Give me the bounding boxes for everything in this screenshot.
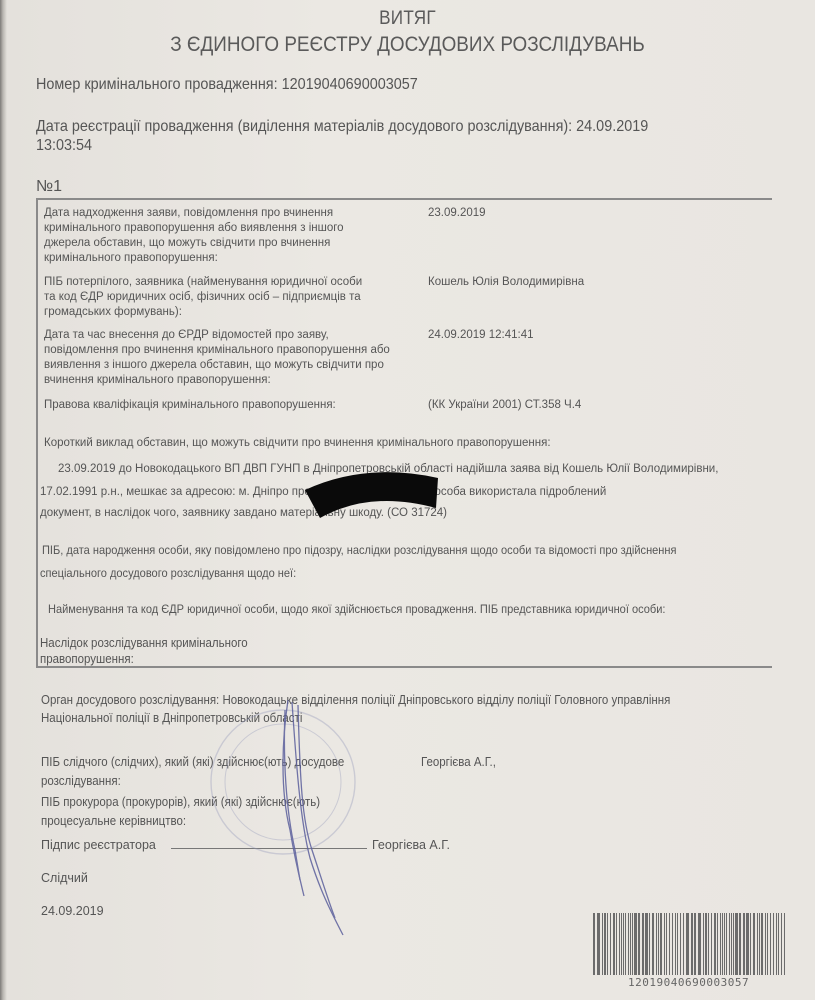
document-title: ВИТЯГ <box>41 8 775 30</box>
document-date: 24.09.2019 <box>41 904 104 919</box>
row-label-legal-qualification: Правова кваліфікація кримінального право… <box>44 398 336 413</box>
authority-line-2: Національної поліції в Дніпропетровській… <box>41 708 302 728</box>
prosecutor-label-line2: процесуальне керівництво: <box>41 811 186 831</box>
registration-date-line1: Дата реєстрації провадження (виділення м… <box>36 118 648 136</box>
signature-line <box>171 848 367 849</box>
document-subtitle: З ЄДИНОГО РЕЄСТРУ ДОСУДОВИХ РОЗСЛІДУВАНЬ <box>41 33 775 57</box>
row-label-application-date: Дата надходження заяви, повідомлення про… <box>44 206 344 266</box>
row-value-legal-qualification: (КК України 2001) СТ.358 Ч.4 <box>428 398 581 413</box>
barcode <box>591 913 791 979</box>
suspect-line-1: ПІБ, дата народження особи, яку повідомл… <box>42 538 676 562</box>
prosecutor-label-line1: ПІБ прокурора (прокурорів), який (які) з… <box>41 792 320 812</box>
row-value-victim: Кошель Юлія Володимирівна <box>428 275 584 290</box>
case-number: Номер кримінального провадження: 1201904… <box>36 76 418 94</box>
authority-line-1: Орган досудового розслідування: Новокода… <box>41 690 670 710</box>
summary-label: Короткий виклад обставин, що можуть свід… <box>44 436 551 451</box>
registrar-name: Георгієва А.Г. <box>372 838 450 853</box>
row-label-entry-datetime: Дата та час внесення до ЄРДР відомостей … <box>44 328 390 388</box>
position-label: Слідчий <box>41 871 88 886</box>
investigator-label-line1: ПІБ слідчого (слідчих), який (які) здійс… <box>41 752 344 772</box>
row-label-victim: ПІБ потерпілого, заявника (найменування … <box>44 275 362 320</box>
outcome-label: Наслідок розслідування кримінального пра… <box>40 635 248 667</box>
suspect-line-2: спеціального досудового розслідування що… <box>40 561 296 585</box>
barcode-number: 12019040690003057 <box>628 976 749 989</box>
investigator-name: Георгієва А.Г., <box>421 752 496 772</box>
legal-entity-line: Найменування та код ЄДР юридичної особи,… <box>48 597 665 621</box>
redaction-mark <box>300 470 440 520</box>
registration-date-line2: 13:03:54 <box>36 137 92 155</box>
entry-number: №1 <box>36 178 62 196</box>
row-value-entry-datetime: 24.09.2019 12:41:41 <box>428 328 534 343</box>
investigator-label-line2: розслідування: <box>41 771 121 791</box>
registrar-signature-label: Підпис реєстратора <box>41 838 156 853</box>
row-value-application-date: 23.09.2019 <box>428 206 486 221</box>
